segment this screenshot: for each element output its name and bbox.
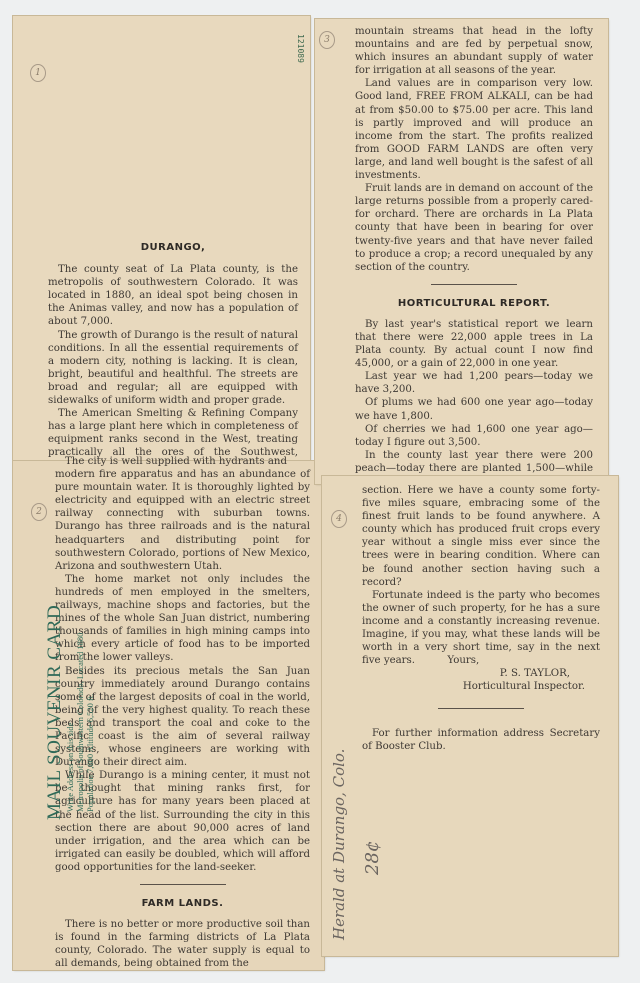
horticultural-continued: section. Here we have a county some fort… [362,484,600,753]
paragraph: mountain streams that head in the lofty … [355,25,593,77]
stamp-line: Population 7,000 Altitude 6,520 ft. [85,605,95,820]
paragraph: Fruit lands are in demand on account of … [355,182,593,274]
mail-souvenir-card-stamp: MAIL SOUVENIR CARD Write Address on this… [45,605,95,820]
paragraph: Of cherries we had 1,600 one year ago—to… [355,423,593,449]
signature-title: Horticultural Inspector. [362,680,600,693]
stamp-line: Metropolis of Southwestern Colorado, Loc… [75,605,85,820]
card-page-4: 4 section. Here we have a county some fo… [322,476,618,956]
divider [431,284,517,285]
page-number-mark: 4 [331,510,347,528]
paragraph: modern fire apparatus and has an abundan… [55,468,310,573]
paragraph: There is no better or more productive so… [55,918,310,970]
paragraph: Of plums we had 600 one year ago—today w… [355,396,593,422]
card-page-3: 3 mountain streams that head in the loft… [315,19,608,484]
pencil-note: Herald at Durango, Colo. [330,749,348,940]
divider [140,884,226,885]
paragraph: The county seat of La Plata county, is t… [48,263,298,328]
section-heading-horticultural-report: HORTICULTURAL REPORT. [355,297,593,310]
farm-lands-continued: mountain streams that head in the lofty … [355,25,593,527]
section-heading-farm-lands: FARM LANDS. [55,897,310,910]
signature-name: P. S. TAYLOR, [362,667,600,680]
page-number-mark: 2 [31,503,47,521]
card-page-1: 1 121089 DURANGO, The county seat of La … [13,16,310,491]
page-number-mark: 1 [30,64,46,82]
paragraph: Land values are in comparison very low. … [355,77,593,182]
paragraph: Fortunate indeed is the party who become… [362,589,600,668]
pencil-price: 28¢ [362,841,383,875]
stamp-title: MAIL SOUVENIR CARD [45,605,65,820]
section-heading-durango: DURANGO, [48,241,298,254]
footer-note: For further information address Secretar… [362,727,600,753]
page-number-mark: 3 [319,31,335,49]
durango-section: DURANGO, The county seat of La Plata cou… [48,241,298,473]
stamp-line: Write Address on this side [65,605,75,820]
paragraph: The growth of Durango is the result of n… [48,329,298,408]
paragraph: By last year's statistical report we lea… [355,318,593,370]
paragraph: section. Here we have a county some fort… [362,484,600,589]
divider [438,708,524,709]
paragraph: The city is well supplied with hydrants … [55,455,310,468]
paragraph: Last year we had 1,200 pears—today we ha… [355,370,593,396]
serial-number: 121089 [296,34,305,63]
